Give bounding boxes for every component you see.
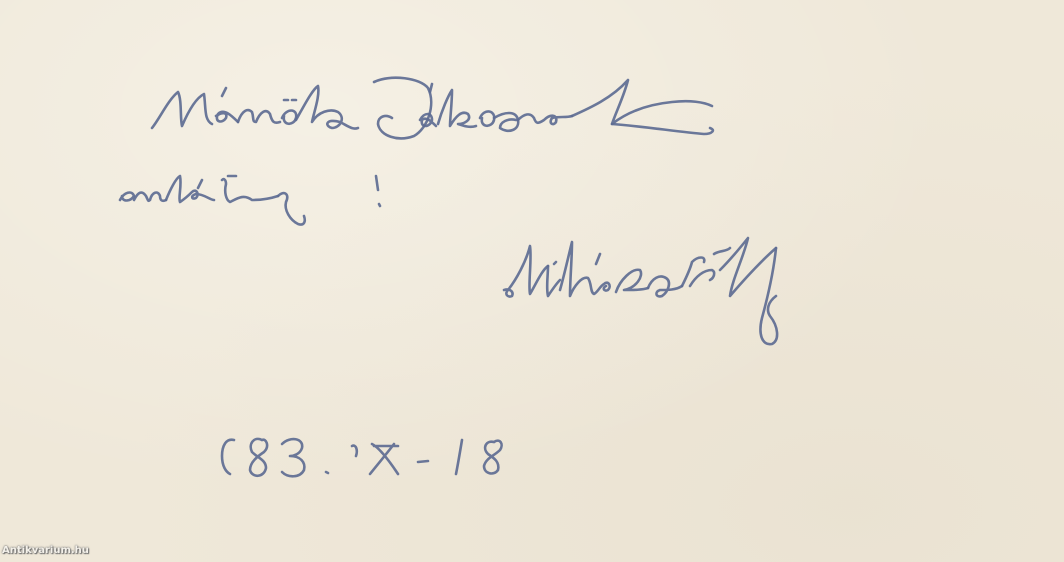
handwriting-ink: [0, 0, 1064, 562]
watermark: Antikvarium.hu: [2, 545, 89, 556]
dedication-line-1-ink: [152, 78, 713, 139]
dedication-line-2-ink: [120, 176, 380, 225]
date-ink: [222, 439, 502, 476]
signature-ink: [504, 238, 777, 344]
scanned-page: Mérnök Jákobnak emlékül ! Mihélsz... 983…: [0, 0, 1064, 562]
